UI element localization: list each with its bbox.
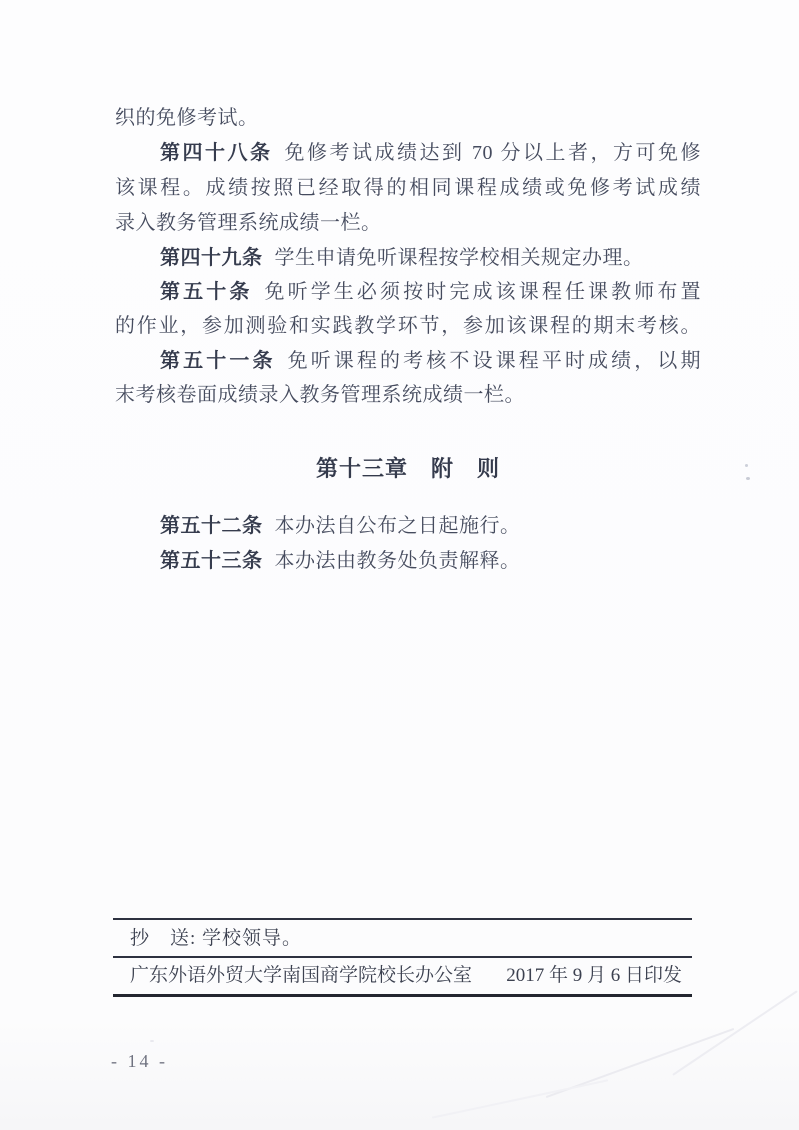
page-number: - 14 - [111, 1051, 168, 1072]
line-text: 末考核卷面成绩录入教务管理系统成绩一栏。 [115, 384, 525, 406]
article-number: 第五十条 [160, 281, 252, 303]
body-line: 录入教务管理系统成绩一栏。 [115, 210, 701, 236]
footer-middle-rule [113, 956, 692, 958]
article-number: 第五十一条 [160, 350, 276, 372]
article-number: 第五十二条 [160, 515, 263, 537]
scan-streak-artifact [672, 990, 797, 1076]
body-line-article-53: 第五十三条本办法由教务处负责解释。 [115, 548, 701, 574]
body-line-article-50: 第五十条免听学生必须按时完成该课程任课教师布置 [115, 279, 701, 305]
footer-bottom-rule [113, 994, 692, 997]
line-text: 该课程。成绩按照已经取得的相同课程成绩或免修考试成绩 [115, 177, 701, 199]
line-text: 的作业，参加测验和实践教学环节，参加该课程的期末考核。 [115, 315, 701, 337]
scan-speck-artifact [745, 464, 748, 467]
body-line-article-49: 第四十九条学生申请免听课程按学校相关规定办理。 [115, 245, 701, 271]
scan-streak-artifact [432, 1079, 608, 1118]
line-text: 学生申请免听课程按学校相关规定办理。 [275, 247, 644, 269]
issuing-office: 广东外语外贸大学南国商学院校长办公室 [130, 964, 472, 988]
line-text: 本办法由教务处负责解释。 [275, 550, 521, 572]
chapter-heading: 第十三章 附 则 [115, 456, 701, 482]
line-text: 本办法自公布之日起施行。 [275, 515, 521, 537]
line-text: 织的免修考试。 [115, 107, 259, 129]
body-line-article-52: 第五十二条本办法自公布之日起施行。 [115, 513, 701, 539]
scanned-document-page: 织的免修考试。 第四十八条免修考试成绩达到 70 分以上者，方可免修 该课程。成… [0, 0, 799, 1130]
line-text: 免听学生必须按时完成该课程任课教师布置 [264, 281, 701, 303]
body-line: 末考核卷面成绩录入教务管理系统成绩一栏。 [115, 382, 701, 408]
line-text: 免听课程的考核不设课程平时成绩，以期 [288, 350, 701, 372]
article-number: 第四十九条 [160, 247, 263, 269]
scan-speck-artifact [746, 477, 750, 480]
body-line: 该课程。成绩按照已经取得的相同课程成绩或免修考试成绩 [115, 175, 701, 201]
article-number: 第五十三条 [160, 550, 263, 572]
article-number: 第四十八条 [160, 142, 273, 164]
print-date: 2017 年 9 月 6 日印发 [506, 964, 682, 988]
body-line-article-48: 第四十八条免修考试成绩达到 70 分以上者，方可免修 [115, 140, 701, 166]
footer-top-rule [113, 918, 692, 920]
body-line-article-51: 第五十一条免听课程的考核不设课程平时成绩，以期 [115, 348, 701, 374]
cc-line: 抄 送: 学校领导。 [130, 927, 302, 951]
scan-speck-artifact [150, 1040, 154, 1042]
line-text: 免修考试成绩达到 70 分以上者，方可免修 [285, 142, 702, 164]
body-line: 织的免修考试。 [115, 105, 701, 131]
body-line: 的作业，参加测验和实践教学环节，参加该课程的期末考核。 [115, 313, 701, 339]
line-text: 录入教务管理系统成绩一栏。 [115, 212, 382, 234]
issuer-row: 广东外语外贸大学南国商学院校长办公室 2017 年 9 月 6 日印发 [113, 964, 692, 988]
